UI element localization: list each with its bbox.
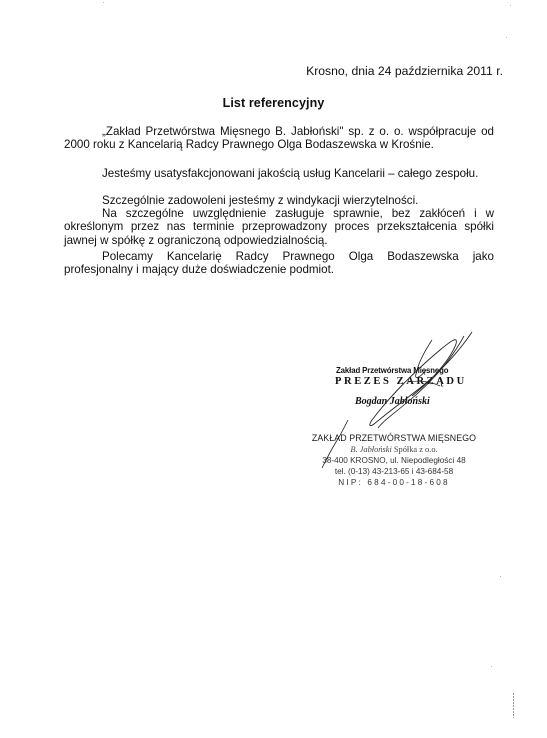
place-and-date: Krosno, dnia 24 października 2011 r. — [306, 64, 503, 78]
paragraph-recommendation: Polecamy Kancelarię Radcy Prawnego Olga … — [64, 250, 494, 276]
paragraph-cooperation-text: „Zakład Przetwórstwa Mięsnego B. Jabłońs… — [64, 125, 494, 151]
scan-speck — [510, 5, 511, 6]
stamp-owner-form: Spółka z o.o. — [394, 445, 438, 454]
paragraph-transformation-text: Na szczególne uwzględnienie zasługuje sp… — [64, 207, 494, 247]
paragraph-debt-collection: Szczególnie zadowoleni jesteśmy z windyk… — [64, 194, 494, 247]
paragraph-satisfaction: Jesteśmy usatysfakcjonowani jakością usł… — [64, 167, 494, 180]
stamp-owner: B. Jabłoński Spółka z o.o. — [304, 444, 484, 455]
signature-company: Zakład Przetwórstwa Mięsnego — [336, 366, 448, 375]
stamp-phone: tel. (0-13) 43-213-65 i 43-684-58 — [304, 466, 484, 477]
letter-title: List referencyjny — [0, 96, 547, 110]
scan-edge-mark — [513, 693, 514, 718]
signature-block: Zakład Przetwórstwa Mięsnego PREZES ZARZ… — [320, 330, 500, 430]
paragraph-satisfaction-text: Jesteśmy usatysfakcjonowani jakością usł… — [64, 167, 494, 180]
scanned-letter-page: Krosno, dnia 24 października 2011 r. Lis… — [0, 0, 547, 738]
signature-name: Bogdan Jabłoński — [355, 396, 430, 407]
scan-speck — [103, 2, 104, 3]
paragraph-cooperation: „Zakład Przetwórstwa Mięsnego B. Jabłońs… — [64, 125, 494, 151]
stamp-company-name: ZAKŁAD PRZETWÓRSTWA MIĘSNEGO — [304, 433, 484, 444]
stamp-owner-name: B. Jabłoński — [350, 445, 391, 454]
scan-speck — [491, 666, 492, 667]
stamp-address: 38-400 KROSNO, ul. Niepodległości 48 — [304, 455, 484, 466]
scan-speck — [500, 576, 501, 577]
scan-speck — [506, 37, 507, 38]
stamp-nip: NIP: 684-00-18-608 — [304, 477, 484, 488]
paragraph-debt-collection-line1: Szczególnie zadowoleni jesteśmy z windyk… — [64, 194, 494, 207]
signature-role: PREZES ZARZĄDU — [335, 376, 467, 387]
paragraph-recommendation-text: Polecamy Kancelarię Radcy Prawnego Olga … — [64, 250, 494, 276]
company-stamp: ZAKŁAD PRZETWÓRSTWA MIĘSNEGO B. Jabłońsk… — [304, 433, 484, 488]
